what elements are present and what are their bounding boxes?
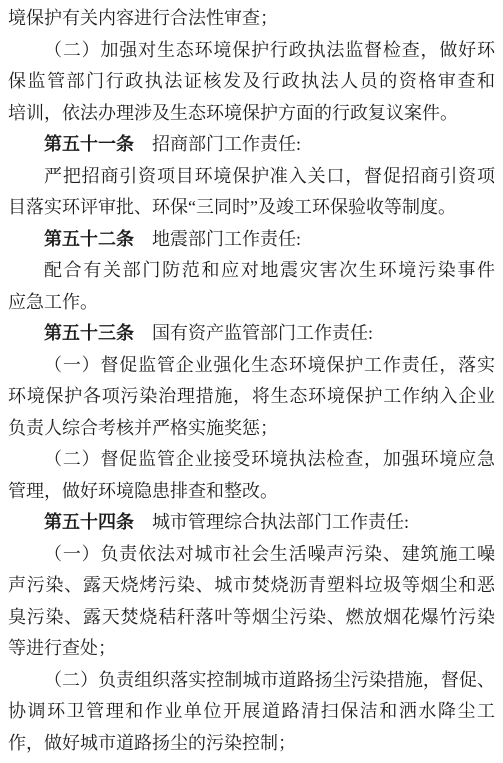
article-heading-52: 第五十二条 地震部门工作责任: (8, 224, 495, 256)
text-line: 协调环卫管理和作业单位开展道路清扫保洁和洒水降尘工 (8, 696, 495, 728)
text-line: 环境保护各项污染治理措施，将生态环境保护工作纳入企业 (8, 381, 495, 413)
article-heading-53: 第五十三条 国有资产监管部门工作责任: (8, 318, 495, 350)
text-line: （一）负责依法对城市社会生活噪声污染、建筑施工噪 (8, 539, 495, 571)
text-line: 声污染、露天烧烤污染、城市焚烧沥青塑料垃圾等烟尘和恶 (8, 570, 495, 602)
article-number: 第五十三条 (44, 323, 134, 343)
article-title: 城市管理综合执法部门工作责任: (134, 512, 409, 532)
document-page: 境保护有关内容进行合法性审查； （二）加强对生态环境保护行政执法监督检查，做好环… (0, 0, 503, 763)
text-line: 保监管部门行政执法证核发及行政执法人员的资格审查和 (8, 66, 495, 98)
text-line: 配合有关部门防范和应对地震灾害次生环境污染事件 (8, 255, 495, 287)
text-line: 培训，依法办理涉及生态环境保护方面的行政复议案件。 (8, 98, 495, 130)
article-number: 第五十四条 (44, 512, 134, 532)
text-line: （一）督促监管企业强化生态环境保护工作责任，落实 (8, 350, 495, 382)
article-title: 国有资产监管部门工作责任: (134, 323, 373, 343)
text-line: 作，做好城市道路扬尘的污染控制； (8, 728, 495, 760)
text-line: 臭污染、露天焚烧秸秆落叶等烟尘污染、燃放烟花爆竹污染 (8, 602, 495, 634)
article-title: 地震部门工作责任: (134, 229, 301, 249)
article-heading-54: 第五十四条 城市管理综合执法部门工作责任: (8, 507, 495, 539)
text-line: （二）负责组织落实控制城市道路扬尘污染措施，督促、 (8, 665, 495, 697)
text-line: 应急工作。 (8, 287, 495, 319)
text-line: 负责人综合考核并严格实施奖惩； (8, 413, 495, 445)
text-line: 境保护有关内容进行合法性审查； (8, 3, 495, 35)
article-number: 第五十二条 (44, 229, 134, 249)
article-heading-51: 第五十一条 招商部门工作责任: (8, 129, 495, 161)
text-line: （二）督促监管企业接受环境执法检查，加强环境应急 (8, 444, 495, 476)
text-line: 严把招商引资项目环境保护准入关口，督促招商引资项 (8, 161, 495, 193)
text-line: （二）加强对生态环境保护行政执法监督检查，做好环 (8, 35, 495, 67)
text-line: 管理，做好环境隐患排查和整改。 (8, 476, 495, 508)
article-number: 第五十一条 (44, 134, 134, 154)
text-line: 目落实环评审批、环保“三同时”及竣工环保验收等制度。 (8, 192, 495, 224)
text-line: 等进行查处； (8, 633, 495, 665)
article-title: 招商部门工作责任: (134, 134, 301, 154)
